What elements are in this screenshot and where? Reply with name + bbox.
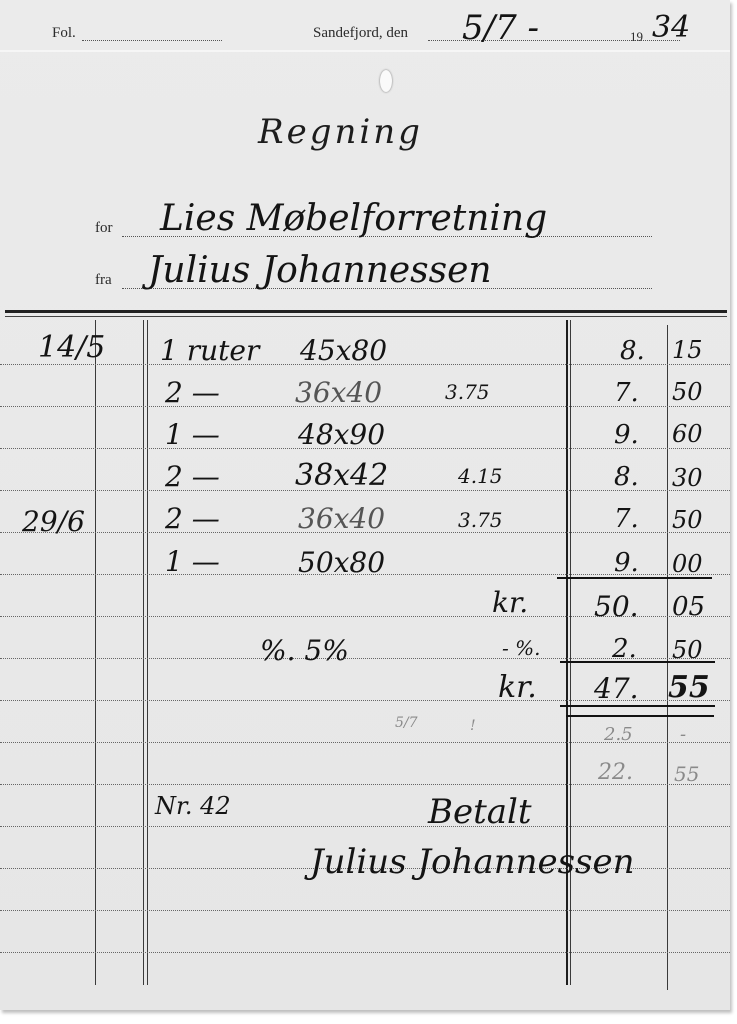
pencil-amount1-kr: 2.5 [604, 724, 633, 745]
item-kr: 7. [614, 504, 639, 534]
pencil-amount2-ore: 55 [674, 762, 699, 786]
item-size: 45x80 [300, 334, 387, 367]
item-ore: 60 [672, 420, 703, 448]
total-label: kr. [498, 670, 537, 705]
for-value: Lies Møbelforretning [160, 198, 547, 239]
item-ore: 50 [672, 506, 703, 534]
header-rule-thick [5, 310, 727, 313]
item-kr: 7. [614, 378, 639, 408]
item-unit-price: 4.15 [458, 464, 503, 488]
item-date: 14/5 [38, 330, 105, 365]
item-ore: 00 [672, 550, 703, 578]
total-ore: 55 [668, 670, 710, 705]
item-ore: 30 [672, 464, 703, 492]
total-kr: 47. [594, 672, 639, 705]
item-unit-price: 3.75 [458, 508, 503, 532]
pencil-amount2-kr: 22. [598, 760, 633, 785]
item-date: 29/6 [22, 505, 85, 538]
column-line-amount-2 [570, 320, 571, 985]
pencil-amount1-ore: - [680, 724, 686, 745]
column-line-desc-left [143, 320, 144, 985]
discount-ore: 50 [672, 636, 703, 664]
column-line-date [95, 320, 96, 985]
subtotal-ore: 05 [672, 592, 705, 622]
column-line-desc-left-2 [147, 320, 148, 985]
item-size: 38x42 [295, 458, 388, 493]
item-kr: 8. [620, 336, 645, 366]
item-kr: 9. [614, 420, 639, 450]
total-underline-1 [560, 705, 715, 707]
fol-label: Fol. [52, 25, 76, 42]
total-underline-2 [566, 715, 714, 717]
fra-value: Julius Johannessen [148, 250, 492, 291]
item-kr: 8. [614, 462, 639, 492]
subtotal-kr: 50. [594, 590, 639, 623]
subtotal-label: kr. [492, 586, 528, 619]
pencil-mark: ! [470, 718, 476, 734]
invoice-paper: Fol. Sandefjord, den 5/7 - 19 34 Regning… [0, 0, 730, 1010]
year-prefix: 19 [630, 29, 643, 45]
item-size: 48x90 [298, 418, 385, 451]
discount-description: %. 5% [260, 634, 349, 667]
fra-label: fra [95, 272, 112, 289]
item-qty: 2 — [165, 376, 220, 409]
punch-hole [380, 70, 392, 92]
pencil-date-note: 5/7 [395, 715, 418, 731]
item-ore: 15 [672, 336, 703, 364]
item-qty: 1 — [165, 418, 220, 451]
reference-number: Nr. 42 [155, 792, 231, 820]
discount-kr: 2. [612, 634, 637, 664]
item-kr: 9. [614, 548, 639, 578]
ruled-row [0, 826, 730, 827]
item-qty: 2 — [165, 502, 220, 535]
discount-label: - %. [502, 636, 540, 660]
item-unit-price: 3.75 [445, 380, 490, 404]
item-size: 36x40 [295, 376, 382, 409]
paid-stamp: Betalt [428, 792, 532, 832]
for-label: for [95, 220, 113, 237]
subtotal-underline [557, 577, 712, 579]
item-size: 50x80 [298, 546, 385, 579]
item-qty: 1 — [165, 545, 220, 578]
discount-underline [560, 661, 715, 663]
paper-fold [0, 50, 730, 52]
date-handwritten: 5/7 - [462, 8, 539, 48]
ruled-row [0, 952, 730, 953]
document-title: Regning [258, 112, 423, 152]
signature: Julius Johannessen [310, 842, 635, 882]
year-handwritten: 34 [652, 10, 690, 45]
ruled-row [0, 910, 730, 911]
item-size: 36x40 [298, 502, 385, 535]
item-qty: 2 — [165, 460, 220, 493]
item-ore: 50 [672, 378, 703, 406]
column-line-amount [566, 320, 568, 985]
fol-dotted-line [82, 40, 222, 41]
header-rule-thin [5, 316, 727, 317]
place-label: Sandefjord, den [313, 25, 408, 42]
item-qty: 1 ruter [160, 334, 259, 367]
